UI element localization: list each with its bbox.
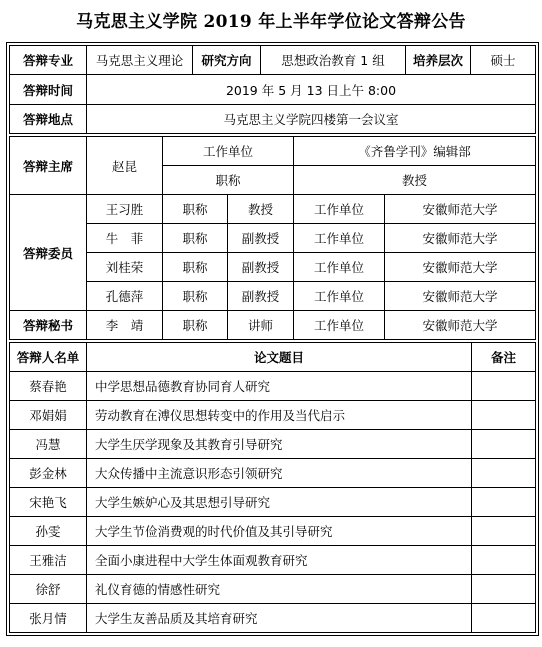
secretary-unit-label: 工作单位 xyxy=(294,311,385,340)
member-name: 刘桂荣 xyxy=(87,253,163,282)
student-name: 冯慧 xyxy=(10,430,87,459)
student-name: 孙雯 xyxy=(10,517,87,546)
chair-label: 答辩主席 xyxy=(10,137,87,195)
time-row: 答辩时间 2019 年 5 月 13 日上午 8:00 xyxy=(10,75,536,105)
thesis-title: 中学思想品德教育协同育人研究 xyxy=(87,372,472,401)
level-value: 硕士 xyxy=(471,46,536,75)
note xyxy=(472,575,536,604)
student-name: 王雅洁 xyxy=(10,546,87,575)
announcement-table-frame: 答辩专业 马克思主义理论 研究方向 思想政治教育 1 组 培养层次 硕士 答辩时… xyxy=(6,42,539,636)
place-row: 答辩地点 马克思主义学院四楼第一会议室 xyxy=(10,105,536,134)
member-row: 答辩委员 王习胜 职称 教授 工作单位 安徽师范大学 xyxy=(10,195,536,224)
member-unit: 安徽师范大学 xyxy=(385,253,536,282)
member-title: 教授 xyxy=(228,195,294,224)
member-row: 牛 菲 职称 副教授 工作单位 安徽师范大学 xyxy=(10,224,536,253)
student-name: 彭金林 xyxy=(10,459,87,488)
header-thesis-title: 论文题目 xyxy=(87,343,472,372)
student-row: 张月情 大学生友善品质及其培育研究 xyxy=(10,604,536,633)
member-title-label: 职称 xyxy=(163,224,228,253)
student-row: 徐舒 礼仪育德的情感性研究 xyxy=(10,575,536,604)
students-table: 答辩人名单 论文题目 备注 蔡春艳 中学思想品德教育协同育人研究 邓娟娟 劳动教… xyxy=(9,342,536,633)
chair-title-value: 教授 xyxy=(294,166,536,195)
member-name: 王习胜 xyxy=(87,195,163,224)
secretary-unit: 安徽师范大学 xyxy=(385,311,536,340)
member-unit-label: 工作单位 xyxy=(294,224,385,253)
thesis-title: 大众传播中主流意识形态引领研究 xyxy=(87,459,472,488)
student-row: 邓娟娟 劳动教育在溥仪思想转变中的作用及当代启示 xyxy=(10,401,536,430)
thesis-title: 礼仪育德的情感性研究 xyxy=(87,575,472,604)
member-unit: 安徽师范大学 xyxy=(385,282,536,311)
major-value: 马克思主义理论 xyxy=(87,46,193,75)
member-unit-label: 工作单位 xyxy=(294,253,385,282)
thesis-title: 大学生嫉妒心及其思想引导研究 xyxy=(87,488,472,517)
student-row: 王雅洁 全面小康进程中大学生体面观教育研究 xyxy=(10,546,536,575)
member-name: 孔德萍 xyxy=(87,282,163,311)
chair-name: 赵昆 xyxy=(87,137,163,195)
members-label: 答辩委员 xyxy=(10,195,87,311)
member-row: 孔德萍 职称 副教授 工作单位 安徽师范大学 xyxy=(10,282,536,311)
chair-row-unit: 答辩主席 赵昆 工作单位 《齐鲁学刊》编辑部 xyxy=(10,137,536,166)
student-name: 张月情 xyxy=(10,604,87,633)
member-unit-label: 工作单位 xyxy=(294,282,385,311)
chair-title-label: 职称 xyxy=(163,166,294,195)
student-name: 宋艳飞 xyxy=(10,488,87,517)
member-name: 牛 菲 xyxy=(87,224,163,253)
note xyxy=(472,546,536,575)
member-title-label: 职称 xyxy=(163,253,228,282)
student-row: 冯慧 大学生厌学现象及其教育引导研究 xyxy=(10,430,536,459)
member-row: 刘桂荣 职称 副教授 工作单位 安徽师范大学 xyxy=(10,253,536,282)
header-student-name: 答辩人名单 xyxy=(10,343,87,372)
student-name: 蔡春艳 xyxy=(10,372,87,401)
note xyxy=(472,517,536,546)
member-title: 副教授 xyxy=(228,282,294,311)
secretary-name: 李 靖 xyxy=(87,311,163,340)
students-header-row: 答辩人名单 论文题目 备注 xyxy=(10,343,536,372)
note xyxy=(472,372,536,401)
committee-table: 答辩主席 赵昆 工作单位 《齐鲁学刊》编辑部 职称 教授 答辩委员 王习胜 职称… xyxy=(9,136,536,340)
secretary-label: 答辩秘书 xyxy=(10,311,87,340)
chair-unit-value: 《齐鲁学刊》编辑部 xyxy=(294,137,536,166)
student-row: 孙雯 大学生节俭消费观的时代价值及其引导研究 xyxy=(10,517,536,546)
member-title: 副教授 xyxy=(228,224,294,253)
thesis-title: 全面小康进程中大学生体面观教育研究 xyxy=(87,546,472,575)
student-row: 蔡春艳 中学思想品德教育协同育人研究 xyxy=(10,372,536,401)
note xyxy=(472,430,536,459)
direction-value: 思想政治教育 1 组 xyxy=(261,46,406,75)
student-name: 邓娟娟 xyxy=(10,401,87,430)
note xyxy=(472,459,536,488)
thesis-title: 大学生节俭消费观的时代价值及其引导研究 xyxy=(87,517,472,546)
student-name: 徐舒 xyxy=(10,575,87,604)
time-label: 答辩时间 xyxy=(10,75,87,105)
secretary-title: 讲师 xyxy=(228,311,294,340)
chair-unit-label: 工作单位 xyxy=(163,137,294,166)
time-value: 2019 年 5 月 13 日上午 8:00 xyxy=(87,75,536,105)
member-title: 副教授 xyxy=(228,253,294,282)
student-row: 彭金林 大众传播中主流意识形态引领研究 xyxy=(10,459,536,488)
member-unit-label: 工作单位 xyxy=(294,195,385,224)
member-unit: 安徽师范大学 xyxy=(385,195,536,224)
direction-label: 研究方向 xyxy=(193,46,261,75)
secretary-row: 答辩秘书 李 靖 职称 讲师 工作单位 安徽师范大学 xyxy=(10,311,536,340)
note xyxy=(472,488,536,517)
major-row: 答辩专业 马克思主义理论 研究方向 思想政治教育 1 组 培养层次 硕士 xyxy=(10,46,536,75)
place-label: 答辩地点 xyxy=(10,105,87,134)
secretary-title-label: 职称 xyxy=(163,311,228,340)
basic-info-table: 答辩专业 马克思主义理论 研究方向 思想政治教育 1 组 培养层次 硕士 答辩时… xyxy=(9,45,536,134)
member-title-label: 职称 xyxy=(163,282,228,311)
page-title: 马克思主义学院 2019 年上半年学位论文答辩公告 xyxy=(0,7,542,32)
note xyxy=(472,401,536,430)
member-unit: 安徽师范大学 xyxy=(385,224,536,253)
member-title-label: 职称 xyxy=(163,195,228,224)
thesis-title: 大学生厌学现象及其教育引导研究 xyxy=(87,430,472,459)
thesis-title: 劳动教育在溥仪思想转变中的作用及当代启示 xyxy=(87,401,472,430)
major-label: 答辩专业 xyxy=(10,46,87,75)
student-row: 宋艳飞 大学生嫉妒心及其思想引导研究 xyxy=(10,488,536,517)
thesis-title: 大学生友善品质及其培育研究 xyxy=(87,604,472,633)
header-note: 备注 xyxy=(472,343,536,372)
place-value: 马克思主义学院四楼第一会议室 xyxy=(87,105,536,134)
note xyxy=(472,604,536,633)
level-label: 培养层次 xyxy=(406,46,471,75)
